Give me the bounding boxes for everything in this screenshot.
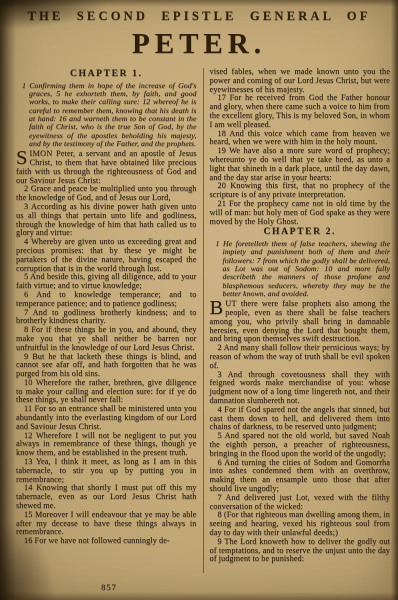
book-title: PETER. <box>0 28 398 61</box>
left-column: CHAPTER 1. 1 Confirming them in hope of … <box>16 68 203 573</box>
drop-cap-letter: B <box>210 300 226 317</box>
opening-word: UT <box>225 299 237 308</box>
chapter-1-summary: 1 Confirming them in hope of the increas… <box>16 82 197 148</box>
verse-paragraph-continuation: vised fables, when we made known unto yo… <box>210 68 391 94</box>
verse-paragraph: 18 And this voice which came from heaven… <box>210 130 391 148</box>
verse-paragraph: 9 The Lord knoweth how to deliver the go… <box>210 538 391 564</box>
verse-paragraph: 13 Yea, I think it meet, as long as I am… <box>16 458 197 484</box>
verse-paragraph: 11 For so an entrance shall be ministere… <box>16 405 197 431</box>
verse-paragraph: 3 According as his divine power hath giv… <box>16 203 197 238</box>
page-header: THE SECOND EPISTLE GENERAL OF PETER. <box>0 0 398 61</box>
verse-paragraph: 8 (For that righteous man dwelling among… <box>210 511 391 537</box>
verse-paragraph: 4 For if God spared not the angels that … <box>210 406 391 432</box>
verse-paragraph: 8 For if these things be in you, and abo… <box>16 326 197 352</box>
verse-paragraph: 6 And turning the cities of Sodom and Go… <box>210 459 391 494</box>
opening-text: there were false prophets also among the… <box>210 299 391 343</box>
epistle-header-line: THE SECOND EPISTLE GENERAL OF <box>0 9 398 24</box>
chapter-1-verses-continued: 17 For he received from God the Father h… <box>210 94 391 226</box>
chapter-1-heading: CHAPTER 1. <box>16 70 197 79</box>
verse-paragraph: 20 Knowing this first, that no prophecy … <box>210 182 391 200</box>
chapter-2-summary: 1 He foretelleth them of false teachers,… <box>210 240 391 298</box>
verse-paragraph: 10 Wherefore the rather, brethren, give … <box>16 379 197 405</box>
verse-paragraph: 15 Moreover I will endeavour that ye may… <box>16 511 197 537</box>
verse-paragraph: 16 For we have not followed cunningly de… <box>16 537 197 546</box>
opening-word: IMON <box>30 149 53 158</box>
chapter-1-verses: 2 Grace and peace be multiplied unto you… <box>16 185 197 546</box>
drop-cap-letter: S <box>16 150 30 167</box>
verse-paragraph: 5 And beside this, giving all diligence,… <box>16 273 197 291</box>
verse-paragraph-opening: SIMON Peter, a servant and an apostle of… <box>16 150 197 185</box>
page-edge-shadow-left <box>0 0 16 600</box>
verse-paragraph: 2 And many shall follow their pernicious… <box>210 344 391 370</box>
verse-paragraph-opening: BUT there were false prophets also among… <box>210 300 391 344</box>
verse-paragraph: 3 And through covetousness shall they wi… <box>210 371 391 406</box>
right-column: vised fables, when we made known unto yo… <box>203 68 391 573</box>
verse-paragraph: 2 Grace and peace be multiplied unto you… <box>16 185 197 203</box>
chapter-2-verses: 2 And many shall follow their pernicious… <box>210 344 391 564</box>
verse-paragraph: 14 Knowing that shortly I must put off t… <box>16 484 197 510</box>
verse-paragraph: 4 Whereby are given unto us exceeding gr… <box>16 238 197 273</box>
verse-paragraph: 6 And to knowledge temperance; and to te… <box>16 291 197 309</box>
verse-paragraph: 17 For he received from God the Father h… <box>210 94 391 129</box>
page-number: 857 <box>16 582 202 592</box>
verse-paragraph: 7 And to godliness brotherly kindness; a… <box>16 309 197 327</box>
page-edge-shadow-right <box>391 0 398 600</box>
verse-paragraph: 7 And delivered just Lot, vexed with the… <box>210 494 391 512</box>
verse-paragraph: 12 Wherefore I will not be negligent to … <box>16 432 197 458</box>
verse-paragraph: 9 But he that lacketh these things is bl… <box>16 353 197 379</box>
verse-paragraph: 19 We have also a more sure word of prop… <box>210 147 391 182</box>
chapter-2-heading: CHAPTER 2. <box>210 228 391 237</box>
scanned-bible-page: THE SECOND EPISTLE GENERAL OF PETER. CHA… <box>0 0 398 600</box>
text-columns: CHAPTER 1. 1 Confirming them in hope of … <box>16 68 390 573</box>
page-edge-shadow-bottom <box>0 592 398 600</box>
verse-paragraph: 21 For the prophecy came not in old time… <box>210 200 391 226</box>
verse-paragraph: 5 And spared not the old world, but save… <box>210 432 391 458</box>
